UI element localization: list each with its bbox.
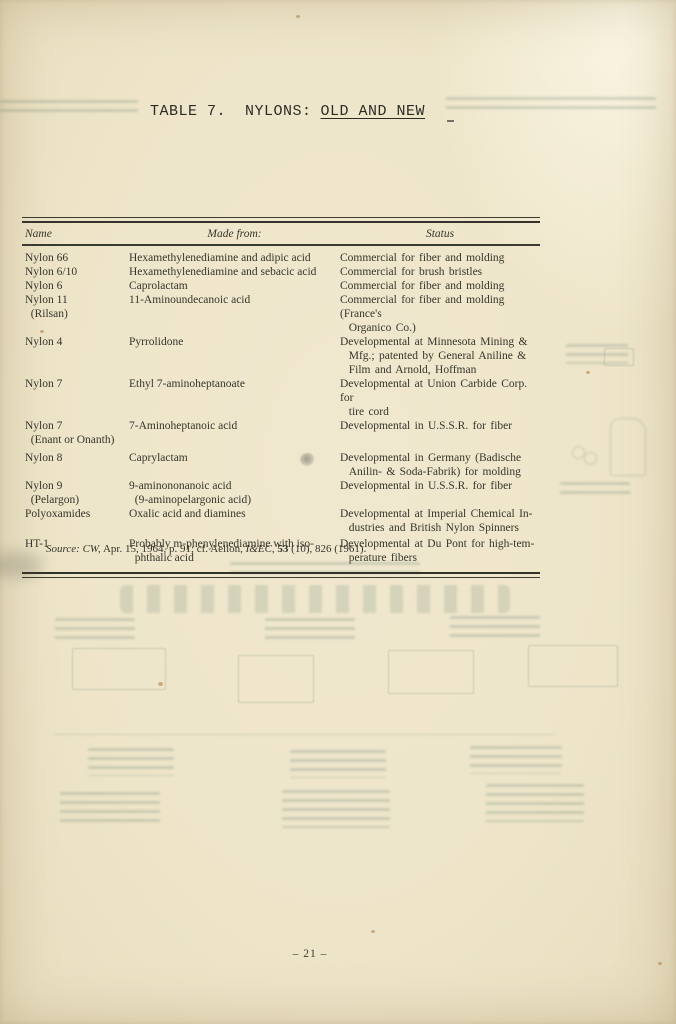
table-row: Nylon 6/10 Hexamethylenediamine and seba…: [22, 265, 540, 279]
smudge-mark: [300, 453, 315, 466]
bleedthrough-box: [72, 648, 166, 690]
nylons-table: Name Made from: Status Nylon 66 Hexameth…: [22, 217, 540, 578]
table-body: Nylon 66 Hexamethylenediamine and adipic…: [22, 246, 540, 572]
cell-made-from: Ethyl 7-aminoheptanoate: [129, 377, 340, 419]
bleedthrough-box: [238, 655, 314, 703]
foxing-speck: [371, 930, 375, 933]
bleedthrough-text: [486, 784, 584, 822]
bleedthrough-box: [528, 645, 618, 687]
cell-status: Developmental in Germany (Badische Anili…: [340, 451, 540, 479]
cell-status: Commercial for brush bristles: [340, 265, 540, 279]
cell-name: Polyoxamides: [22, 507, 129, 535]
bleedthrough-text: [290, 750, 386, 778]
table-row: Nylon 9 (Pelargon) 9-aminononanoic acid …: [22, 479, 540, 507]
table-row: Nylon 4 Pyrrolidone Developmental at Min…: [22, 335, 540, 377]
page-number: – 21 –: [0, 948, 620, 960]
bleedthrough-text: [282, 790, 390, 828]
bleedthrough-text: [88, 748, 174, 776]
table-row: Nylon 6 Caprolactam Commercial for fiber…: [22, 279, 540, 293]
table-row: Nylon 66 Hexamethylenediamine and adipic…: [22, 251, 540, 265]
table-title-prefix: TABLE 7. NYLONS:: [150, 103, 312, 120]
column-header-status: Status: [340, 228, 540, 240]
bleedthrough-box: [388, 650, 474, 694]
cell-made-from: Hexamethylenediamine and adipic acid: [129, 251, 340, 265]
cell-made-from: 7-Aminoheptanoic acid: [129, 419, 340, 447]
cell-made-from: Caprolactam: [129, 279, 340, 293]
bleedthrough-line: [55, 734, 555, 737]
source-label: Source:: [46, 543, 83, 555]
column-header-name: Name: [22, 228, 129, 240]
cell-name: Nylon 8: [22, 451, 129, 479]
bleedthrough-box: [604, 348, 634, 366]
cell-status: Developmental at Union Carbide Corp. for…: [340, 377, 540, 419]
source-journal: I&EC,: [246, 543, 278, 555]
cell-name: Nylon 6: [22, 279, 129, 293]
bleedthrough-vessel-row: [120, 585, 510, 613]
cell-status: Commercial for fiber and molding: [340, 251, 540, 265]
cell-made-from: Oxalic acid and diamines: [129, 507, 340, 535]
source-publication-cw: CW,: [83, 543, 101, 555]
source-note: Source: CW, Apr. 15, 1964, p. 91; cf. Ae…: [22, 542, 540, 556]
cell-name: Nylon 6/10: [22, 265, 129, 279]
table-row: Nylon 7 (Enant or Onanth) 7-Aminoheptano…: [22, 419, 540, 447]
table-bottom-rule: [22, 572, 540, 578]
cell-status: Developmental at Minnesota Mining & Mfg.…: [340, 335, 540, 377]
bleedthrough-text: [0, 100, 138, 118]
bleedthrough-text: [265, 618, 355, 640]
cell-made-from: Pyrrolidone: [129, 335, 340, 377]
foxing-speck: [658, 962, 662, 965]
bleedthrough-text: [560, 482, 630, 496]
cell-name: Nylon 9 (Pelargon): [22, 479, 129, 507]
source-date-ref: Apr. 15, 1964, p. 91; cf. Aelion,: [101, 543, 246, 555]
cell-status: Commercial for fiber and molding: [340, 279, 540, 293]
cell-status: Developmental at Imperial Chemical In- d…: [340, 507, 540, 535]
cell-status: Developmental in U.S.S.R. for fiber: [340, 479, 540, 507]
bleedthrough-text: [446, 97, 656, 113]
foxing-speck: [40, 330, 44, 333]
scanned-book-page: { "colors": { "paper": "#efe6cb", "ink":…: [0, 0, 676, 1024]
cell-name: Nylon 4: [22, 335, 129, 377]
cell-status: Commercial for fiber and molding (France…: [340, 293, 540, 335]
cell-status: Developmental in U.S.S.R. for fiber: [340, 419, 540, 447]
bleedthrough-text: [566, 344, 628, 364]
cell-made-from: 9-aminononanoic acid (9-aminopelargonic …: [129, 479, 340, 507]
source-volume: 53: [277, 543, 288, 555]
table-row: Nylon 11 (Rilsan) 11-Aminoundecanoic aci…: [22, 293, 540, 335]
foxing-speck: [296, 15, 300, 18]
table-row: Nylon 7 Ethyl 7-aminoheptanoate Developm…: [22, 377, 540, 419]
bleedthrough-text: [60, 792, 160, 826]
cell-name: Nylon 11 (Rilsan): [22, 293, 129, 335]
table-title-underlined: OLD AND NEW: [321, 103, 426, 120]
cell-name: Nylon 7 (Enant or Onanth): [22, 419, 129, 447]
bleedthrough-vessel: [610, 418, 646, 476]
bleedthrough-text: [55, 618, 135, 640]
table-title: TABLE 7. NYLONS:OLD AND NEW: [150, 103, 425, 120]
table-row: Polyoxamides Oxalic acid and diamines De…: [22, 507, 540, 535]
column-header-made-from: Made from:: [129, 228, 340, 240]
bleedthrough-text: [470, 746, 562, 774]
cell-name: Nylon 66: [22, 251, 129, 265]
cell-name: Nylon 7: [22, 377, 129, 419]
table-row: Nylon 8 Caprylactam Developmental in Ger…: [22, 451, 540, 479]
table-header-row: Name Made from: Status: [22, 223, 540, 244]
stray-pen-mark: [447, 120, 454, 122]
bleedthrough-text: [450, 616, 540, 638]
bleedthrough-circle: [572, 446, 585, 459]
foxing-speck: [158, 682, 163, 686]
cell-made-from: 11-Aminoundecanoic acid: [129, 293, 340, 335]
source-issue-pages: (10), 826 (1961).: [288, 543, 366, 555]
cell-made-from: Hexamethylenediamine and sebacic acid: [129, 265, 340, 279]
foxing-speck: [586, 371, 590, 374]
bleedthrough-circle: [584, 452, 597, 465]
